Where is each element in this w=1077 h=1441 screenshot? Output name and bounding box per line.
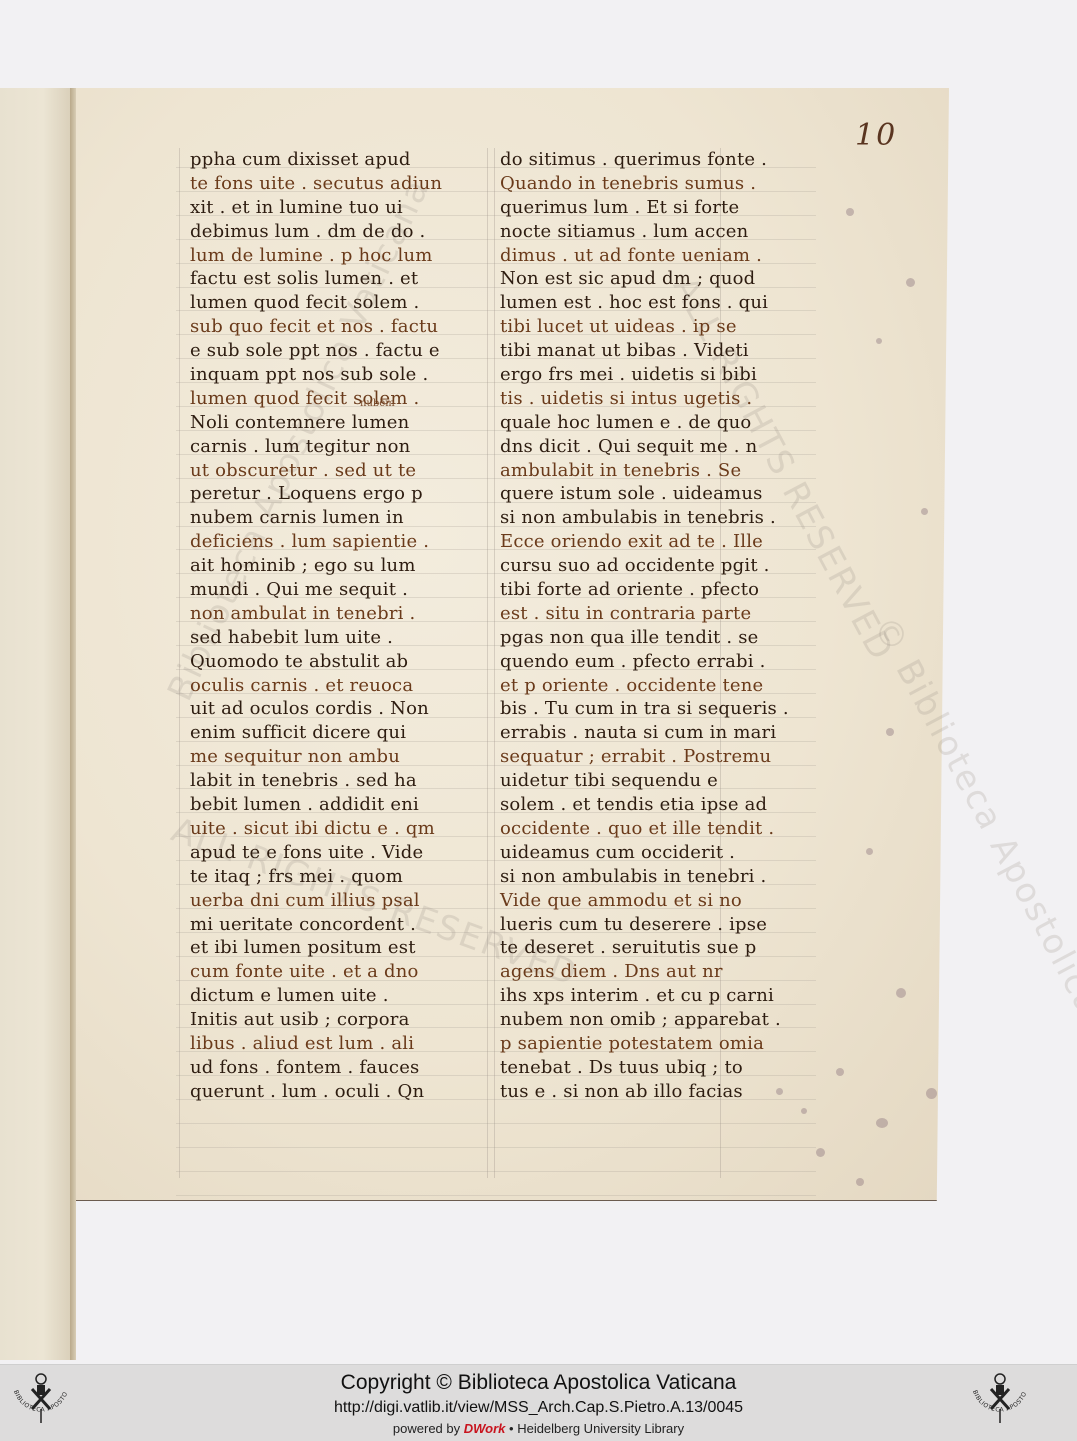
manuscript-line: Non est sic apud dm ; quod — [500, 267, 750, 291]
manuscript-line: uideamus cum occiderit . — [500, 841, 750, 865]
dwork-brand-link[interactable]: DWork — [464, 1421, 506, 1436]
manuscript-line: non ambulat in tenebri . — [190, 602, 440, 626]
source-url[interactable]: http://digi.vatlib.it/view/MSS_Arch.Cap.… — [0, 1399, 1077, 1417]
manuscript-line: quere istum sole . uideamus — [500, 482, 750, 506]
manuscript-line: dimus . ut ad fonte ueniam . — [500, 244, 750, 268]
manuscript-line: si non ambulabis in tenebris . — [500, 506, 750, 530]
text-column-right: do sitimus . querimus fonte .Quando in t… — [500, 148, 750, 1104]
manuscript-line: solem . et tendis etia ipse ad — [500, 793, 750, 817]
manuscript-line: uerba dni cum illius psal — [190, 889, 440, 913]
manuscript-line: Vide que ammodu et si no — [500, 889, 750, 913]
manuscript-line: lumen quod fecit solem . — [190, 291, 440, 315]
ruling-line — [176, 1195, 816, 1196]
manuscript-line: factu est solis lumen . et — [190, 267, 440, 291]
manuscript-line: tibi lucet ut uideas . ip se — [500, 315, 750, 339]
manuscript-line: inquam ppt nos sub sole . — [190, 363, 440, 387]
manuscript-line: lueris cum tu deserere . ipse — [500, 913, 750, 937]
manuscript-line: libus . aliud est lum . ali — [190, 1032, 440, 1056]
folio-number: 10 — [855, 118, 897, 153]
manuscript-line: dictum e lumen uite . — [190, 984, 440, 1008]
manuscript-line: lumen quod fecit solem . — [190, 387, 440, 411]
manuscript-line: dns dicit . Qui sequit me . n — [500, 435, 750, 459]
manuscript-line: ppha cum dixisset apud — [190, 148, 440, 172]
manuscript-line: ud fons . fontem . fauces — [190, 1056, 440, 1080]
manuscript-line: tenebat . Ds tuus ubiq ; to — [500, 1056, 750, 1080]
manuscript-line: agens diem . Dns aut nr — [500, 960, 750, 984]
manuscript-line: ait hominib ; ego su lum — [190, 554, 440, 578]
manuscript-line: nubem carnis lumen in — [190, 506, 440, 530]
manuscript-line: cum fonte uite . et a dno — [190, 960, 440, 984]
manuscript-line: carnis . lum tegitur non — [190, 435, 440, 459]
manuscript-line: apud te e fons uite . Vide — [190, 841, 440, 865]
manuscript-line: quale hoc lumen e . de quo — [500, 411, 750, 435]
manuscript-line: mi ueritate concordent . — [190, 913, 440, 937]
manuscript-line: occidente . quo et ille tendit . — [500, 817, 750, 841]
manuscript-line: mundi . Qui me sequit . — [190, 578, 440, 602]
manuscript-line: sequatur ; errabit . Postremu — [500, 745, 750, 769]
manuscript-line: nubem non omib ; apparebat . — [500, 1008, 750, 1032]
manuscript-line: te deseret . seruitutis sue p — [500, 936, 750, 960]
manuscript-line: ihs xps interim . et cu p carni — [500, 984, 750, 1008]
manuscript-line: p sapientie potestatem omia — [500, 1032, 750, 1056]
manuscript-line: Quomodo te abstulit ab — [190, 650, 440, 674]
manuscript-line: labit in tenebris . sed ha — [190, 769, 440, 793]
footer-bar: BIBLIOTECA APOSTOLICA VATICANA BIBLIOTEC… — [0, 1364, 1077, 1441]
manuscript-line: te fons uite . secutus adiun — [190, 172, 440, 196]
manuscript-line: querunt . lum . oculi . Qn — [190, 1080, 440, 1104]
manuscript-line: xit . et in lumine tuo ui — [190, 196, 440, 220]
manuscript-line: e sub sole ppt nos . factu e — [190, 339, 440, 363]
manuscript-line: me sequitur non ambu — [190, 745, 440, 769]
manuscript-line: quendo eum . pfecto errabi . — [500, 650, 750, 674]
interlinear-gloss: nubem — [360, 398, 395, 409]
ruling-line — [176, 1219, 816, 1220]
manuscript-line: lumen est . hoc est fons . qui — [500, 291, 750, 315]
manuscript-line: uit ad oculos cordis . Non — [190, 697, 440, 721]
manuscript-line: errabis . nauta si cum in mari — [500, 721, 750, 745]
manuscript-line: si non ambulabis in tenebri . — [500, 865, 750, 889]
powered-by-line: powered by DWork • Heidelberg University… — [0, 1421, 1077, 1436]
manuscript-line: tibi manat ut bibas . Videti — [500, 339, 750, 363]
manuscript-line: uite . sicut ibi dictu e . qm — [190, 817, 440, 841]
powered-prefix: powered by — [393, 1421, 460, 1436]
ruling-vertical — [487, 148, 488, 1178]
manuscript-line: et ibi lumen positum est — [190, 936, 440, 960]
binding-gutter — [70, 88, 76, 1360]
manuscript-line: sed habebit lum uite . — [190, 626, 440, 650]
manuscript-line: Initis aut usib ; corpora — [190, 1008, 440, 1032]
manuscript-line: Quando in tenebris sumus . — [500, 172, 750, 196]
manuscript-line: est . situ in contraria parte — [500, 602, 750, 626]
manuscript-line: bis . Tu cum in tra si sequeris . — [500, 697, 750, 721]
manuscript-line: ambulabit in tenebris . Se — [500, 459, 750, 483]
manuscript-line: pgas non qua ille tendit . se — [500, 626, 750, 650]
manuscript-line: peretur . Loquens ergo p — [190, 482, 440, 506]
manuscript-line: enim sufficit dicere qui — [190, 721, 440, 745]
manuscript-line: oculis carnis . et reuoca — [190, 674, 440, 698]
manuscript-line: debimus lum . dm de do . — [190, 220, 440, 244]
manuscript-line: do sitimus . querimus fonte . — [500, 148, 750, 172]
manuscript-line: deficiens . lum sapientie . — [190, 530, 440, 554]
manuscript-line: tibi forte ad oriente . pfecto — [500, 578, 750, 602]
manuscript-line: et p oriente . occidente tene — [500, 674, 750, 698]
manuscript-line: bebit lumen . addidit eni — [190, 793, 440, 817]
text-column-left: ppha cum dixisset apudte fons uite . sec… — [190, 148, 440, 1104]
manuscript-line: sub quo fecit et nos . factu — [190, 315, 440, 339]
manuscript-line: tus e . si non ab illo facias — [500, 1080, 750, 1104]
manuscript-line: te itaq ; frs mei . quom — [190, 865, 440, 889]
manuscript-line: tis . uidetis si intus ugetis . — [500, 387, 750, 411]
manuscript-line: uidetur tibi sequendu e — [500, 769, 750, 793]
manuscript-line: Noli contemnere lumen — [190, 411, 440, 435]
manuscript-line: ergo frs mei . uidetis si bibi — [500, 363, 750, 387]
ruling-line — [176, 1243, 816, 1244]
left-page-edge — [0, 88, 72, 1360]
manuscript-line: cursu suo ad occidente pgit . — [500, 554, 750, 578]
manuscript-line: querimus lum . Et si forte — [500, 196, 750, 220]
powered-suffix: • Heidelberg University Library — [509, 1421, 684, 1436]
ruling-vertical — [494, 148, 495, 1178]
manuscript-line: nocte sitiamus . lum accen — [500, 220, 750, 244]
manuscript-line: Ecce oriendo exit ad te . Ille — [500, 530, 750, 554]
manuscript-line: ut obscuretur . sed ut te — [190, 459, 440, 483]
manuscript-line: lum de lumine . p hoc lum — [190, 244, 440, 268]
copyright-notice: Copyright © Biblioteca Apostolica Vatica… — [0, 1371, 1077, 1395]
